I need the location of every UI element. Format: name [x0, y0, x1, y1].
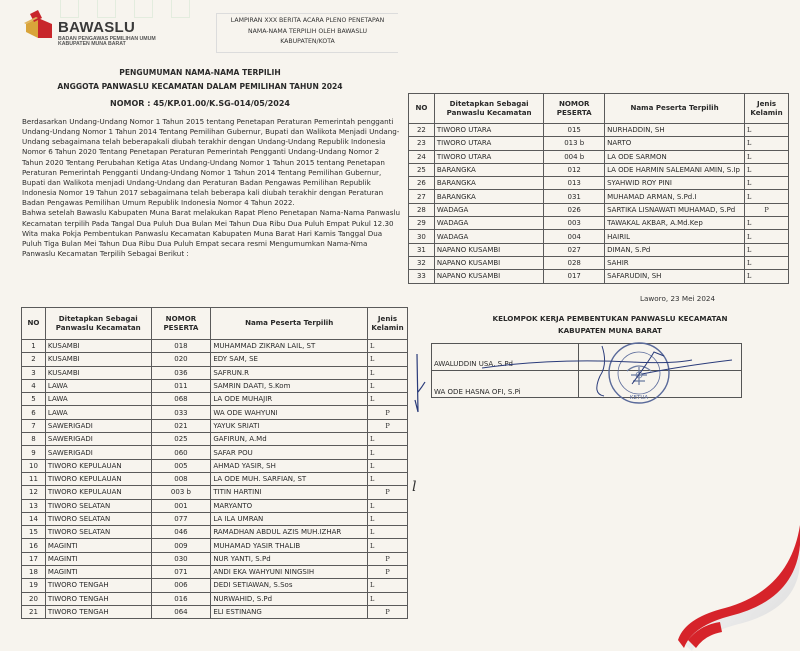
participant-number-cell: 003: [544, 217, 605, 230]
table-row: 13TIWORO SELATAN001MARYANTOL: [22, 499, 408, 512]
participant-number-cell: 036: [151, 366, 211, 379]
signatory-row-1: AWALUDDIN USA, S.Pd: [432, 344, 579, 371]
row-number: 26: [409, 177, 435, 190]
row-number: 17: [22, 552, 46, 565]
kecamatan-cell: TIWORO TENGAH: [45, 592, 151, 605]
participant-name-cell: DIMAN, S.Pd: [605, 243, 745, 256]
kecamatan-cell: KUSAMBI: [45, 340, 151, 353]
participant-name-cell: MARYANTO: [211, 499, 368, 512]
participant-number-cell: 031: [544, 190, 605, 203]
kecamatan-cell: TIWORO UTARA: [434, 150, 543, 163]
participant-number-cell: 017: [544, 270, 605, 283]
table-row: 8SAWERIGADI025GAFIRUN, A.MdL: [22, 433, 408, 446]
participant-name-cell: SYAHWID ROY PINI: [605, 177, 745, 190]
header-nomor: NOMOR PESERTA: [151, 308, 211, 340]
gender-cell: L: [368, 579, 408, 592]
participant-number-cell: 001: [151, 499, 211, 512]
participant-name-cell: NARTO: [605, 137, 745, 150]
participant-number-cell: 015: [544, 124, 605, 137]
table-row: 24TIWORO UTARA004 bLA ODE SARMONL: [409, 150, 789, 163]
gender-cell: L: [745, 177, 789, 190]
document-number: NOMOR : 45/KP.01.00/K.SG-014/05/2024: [0, 99, 400, 108]
organization-line-2: KABUPATEN MUNA BARAT: [440, 325, 780, 337]
table-row: 12TIWORO KEPULAUAN003 bTITIN HARTINIP: [22, 486, 408, 499]
gender-cell: L: [745, 217, 789, 230]
table-row: 9SAWERIGADI060 SAFAR POUL: [22, 446, 408, 459]
gender-cell: L: [368, 459, 408, 472]
table-row: 16MAGINTI009MUHAMAD YASIR THALIBL: [22, 539, 408, 552]
participant-name-cell: WA ODE WAHYUNI: [211, 406, 368, 419]
gender-cell: L: [368, 539, 408, 552]
row-number: 5: [22, 393, 46, 406]
kecamatan-cell: WADAGA: [434, 203, 543, 216]
svg-text:KETUA: KETUA: [630, 395, 648, 401]
row-number: 29: [409, 217, 435, 230]
handwritten-signature-mark: [413, 352, 427, 422]
signatory-name-2: WA ODE HASNA OFI, S.Pi: [434, 388, 521, 396]
table-row: 2KUSAMBI020EDY SAM, SEL: [22, 353, 408, 366]
kecamatan-cell: NAPANO KUSAMBI: [434, 243, 543, 256]
kecamatan-cell: NAPANO KUSAMBI: [434, 270, 543, 283]
participant-number-cell: 033: [151, 406, 211, 419]
gender-cell: P: [368, 486, 408, 499]
participant-number-cell: 013 b: [544, 137, 605, 150]
row-number: 24: [409, 150, 435, 163]
row-number: 2: [22, 353, 46, 366]
kecamatan-cell: BARANGKA: [434, 163, 543, 176]
participant-name-cell: HAIRIL: [605, 230, 745, 243]
gender-cell: L: [368, 472, 408, 485]
kecamatan-cell: TIWORO TENGAH: [45, 579, 151, 592]
table-row: 6LAWA033WA ODE WAHYUNIP: [22, 406, 408, 419]
participant-name-cell: DEDI SETIAWAN, S.Sos: [211, 579, 368, 592]
participant-name-cell: LA ODE SARMON: [605, 150, 745, 163]
participant-name-cell: MUHAMMAD ZIKRAN LAIL, ST: [211, 340, 368, 353]
gender-cell: L: [368, 446, 408, 459]
kecamatan-cell: NAPANO KUSAMBI: [434, 256, 543, 269]
header-nomor: NOMOR PESERTA: [544, 94, 605, 124]
participant-name-cell: NURWAHID, S.Pd: [211, 592, 368, 605]
row-number: 7: [22, 419, 46, 432]
participant-name-cell: MUHAMAD YASIR THALIB: [211, 539, 368, 552]
table-row: 18MAGINTI071ANDI EKA WAHYUNI NINGSIHP: [22, 566, 408, 579]
row-number: 32: [409, 256, 435, 269]
gender-cell: L: [368, 433, 408, 446]
row-number: 13: [22, 499, 46, 512]
handwritten-initial: l: [412, 479, 416, 495]
participant-name-cell: MUHAMAD ARMAN, S.Pd.I: [605, 190, 745, 203]
kecamatan-cell: BARANGKA: [434, 177, 543, 190]
participant-name-cell: SAFAR POU: [211, 446, 368, 459]
table-row: 10TIWORO KEPULAUAN005AHMAD YASIR, SHL: [22, 459, 408, 472]
announcement-body: Berdasarkan Undang-Undang Nomor 1 Tahun …: [22, 117, 400, 259]
participant-name-cell: ELI ESTINANG: [211, 605, 368, 618]
gender-cell: L: [745, 124, 789, 137]
row-number: 6: [22, 406, 46, 419]
kecamatan-cell: SAWERIGADI: [45, 433, 151, 446]
kecamatan-cell: TIWORO TENGAH: [45, 605, 151, 618]
kecamatan-cell: LAWA: [45, 379, 151, 392]
row-number: 28: [409, 203, 435, 216]
participant-number-cell: 006: [151, 579, 211, 592]
participant-number-cell: 004: [544, 230, 605, 243]
participant-number-cell: 009: [151, 539, 211, 552]
place-date: Laworo, 23 Mei 2024: [640, 294, 715, 303]
organization-name: KELOMPOK KERJA PEMBENTUKAN PANWASLU KECA…: [440, 313, 780, 337]
gender-cell: L: [368, 512, 408, 525]
table-row: 1KUSAMBI018MUHAMMAD ZIKRAN LAIL, STL: [22, 340, 408, 353]
participant-number-cell: 003 b: [151, 486, 211, 499]
gender-cell: L: [368, 526, 408, 539]
participant-name-cell: SAHIR: [605, 256, 745, 269]
row-number: 16: [22, 539, 46, 552]
gender-cell: L: [368, 366, 408, 379]
gender-cell: L: [368, 592, 408, 605]
table-row: 33NAPANO KUSAMBI017SAFARUDIN, SHL: [409, 270, 789, 283]
table-row: 20TIWORO TENGAH016NURWAHID, S.PdL: [22, 592, 408, 605]
participant-number-cell: 068: [151, 393, 211, 406]
row-number: 22: [409, 124, 435, 137]
participant-name-cell: EDY SAM, SE: [211, 353, 368, 366]
paragraph-legal-basis: Berdasarkan Undang-Undang Nomor 1 Tahun …: [22, 117, 400, 208]
participant-number-cell: 026: [544, 203, 605, 216]
table-row: 25BARANGKA012LA ODE HARMIN SALEMANI AMIN…: [409, 163, 789, 176]
gender-cell: P: [745, 203, 789, 216]
gender-cell: L: [745, 150, 789, 163]
logo-brand: BAWASLU: [58, 19, 135, 36]
row-number: 21: [22, 605, 46, 618]
participant-name-cell: GAFIRUN, A.Md: [211, 433, 368, 446]
row-number: 27: [409, 190, 435, 203]
kecamatan-cell: BARANGKA: [434, 190, 543, 203]
announcement-subtitle: ANGGOTA PANWASLU KECAMATAN DALAM PEMILIH…: [0, 82, 400, 91]
gender-cell: L: [368, 353, 408, 366]
gender-cell: L: [745, 230, 789, 243]
header-no: NO: [409, 94, 435, 124]
participant-number-cell: 025: [151, 433, 211, 446]
table-row: 5LAWA068LA ODE MUHAJIRL: [22, 393, 408, 406]
header-jenis-kelamin: Jenis Kelamin: [368, 308, 408, 340]
participant-name-cell: LA ODE HARMIN SALEMANI AMIN, S.Ip: [605, 163, 745, 176]
table-row: 15TIWORO SELATAN046RAMADHAN ABDUL AZIS M…: [22, 526, 408, 539]
official-stamp-icon: KETUA: [607, 341, 671, 405]
gender-cell: L: [745, 137, 789, 150]
elected-table-part-2: NO Ditetapkan Sebagai Panwaslu Kecamatan…: [408, 93, 789, 284]
lampiran-line-2: NAMA-NAMA TERPILIH OLEH BAWASLU: [217, 27, 398, 38]
participant-number-cell: 012: [544, 163, 605, 176]
gender-cell: P: [368, 419, 408, 432]
table-row: 3KUSAMBI036SAFRUN.RL: [22, 366, 408, 379]
kecamatan-cell: KUSAMBI: [45, 366, 151, 379]
participant-name-cell: NUR YANTI, S.Pd: [211, 552, 368, 565]
row-number: 12: [22, 486, 46, 499]
kecamatan-cell: SAWERIGADI: [45, 446, 151, 459]
participant-name-cell: ANDI EKA WAHYUNI NINGSIH: [211, 566, 368, 579]
table-row: 7SAWERIGADI021YAYUK SRIATIP: [22, 419, 408, 432]
kecamatan-cell: TIWORO KEPULAUAN: [45, 459, 151, 472]
table-row: 30WADAGA004HAIRILL: [409, 230, 789, 243]
row-number: 31: [409, 243, 435, 256]
gender-cell: L: [368, 379, 408, 392]
participant-name-cell: RAMADHAN ABDUL AZIS MUH.IZHAR: [211, 526, 368, 539]
row-number: 14: [22, 512, 46, 525]
table-row: 31NAPANO KUSAMBI027DIMAN, S.PdL: [409, 243, 789, 256]
kecamatan-cell: TIWORO SELATAN: [45, 526, 151, 539]
kecamatan-cell: WADAGA: [434, 230, 543, 243]
row-number: 19: [22, 579, 46, 592]
kecamatan-cell: TIWORO KEPULAUAN: [45, 486, 151, 499]
participant-number-cell: 005: [151, 459, 211, 472]
participant-number-cell: 030: [151, 552, 211, 565]
participant-number-cell: 011: [151, 379, 211, 392]
participant-number-cell: 013: [544, 177, 605, 190]
participant-number-cell: 028: [544, 256, 605, 269]
header-jenis-kelamin: Jenis Kelamin: [745, 94, 789, 124]
header-no: NO: [22, 308, 46, 340]
row-number: 15: [22, 526, 46, 539]
table-row: 32NAPANO KUSAMBI028SAHIRL: [409, 256, 789, 269]
table-row: 19TIWORO TENGAH006DEDI SETIAWAN, S.SosL: [22, 579, 408, 592]
gender-cell: L: [745, 190, 789, 203]
kecamatan-cell: KUSAMBI: [45, 353, 151, 366]
participant-number-cell: 064: [151, 605, 211, 618]
participant-name-cell: YAYUK SRIATI: [211, 419, 368, 432]
kecamatan-cell: LAWA: [45, 406, 151, 419]
organization-line-1: KELOMPOK KERJA PEMBENTUKAN PANWASLU KECA…: [440, 313, 780, 325]
kecamatan-cell: MAGINTI: [45, 539, 151, 552]
kecamatan-cell: TIWORO UTARA: [434, 137, 543, 150]
logo-subtitle-2: KABUPATEN MUNA BARAT: [58, 41, 126, 47]
table-row: 29WADAGA003TAWAKAL AKBAR, A.Md.KepL: [409, 217, 789, 230]
row-number: 18: [22, 566, 46, 579]
participant-name-cell: TITIN HARTINI: [211, 486, 368, 499]
row-number: 1: [22, 340, 46, 353]
table-row: 17MAGINTI030NUR YANTI, S.PdP: [22, 552, 408, 565]
gender-cell: P: [368, 566, 408, 579]
gender-cell: L: [745, 163, 789, 176]
row-number: 23: [409, 137, 435, 150]
participant-number-cell: 004 b: [544, 150, 605, 163]
header-nama: Nama Peserta Terpilih: [211, 308, 368, 340]
signatory-row-2: WA ODE HASNA OFI, S.Pi: [432, 371, 579, 398]
participant-name-cell: LA ODE MUHAJIR: [211, 393, 368, 406]
gender-cell: L: [368, 340, 408, 353]
header-nama: Nama Peserta Terpilih: [605, 94, 745, 124]
kecamatan-cell: TIWORO SELATAN: [45, 499, 151, 512]
kecamatan-cell: MAGINTI: [45, 552, 151, 565]
participant-number-cell: 008: [151, 472, 211, 485]
participant-number-cell: 020: [151, 353, 211, 366]
lampiran-box: LAMPIRAN XXX BERITA ACARA PLENO PENETAPA…: [216, 13, 398, 53]
gender-cell: P: [368, 406, 408, 419]
participant-name-cell: TAWAKAL AKBAR, A.Md.Kep: [605, 217, 745, 230]
table-row: 22TIWORO UTARA015NURHADDIN, SHL: [409, 124, 789, 137]
gender-cell: P: [368, 552, 408, 565]
participant-name-cell: SAMRIN DAATI, S.Kom: [211, 379, 368, 392]
kecamatan-cell: LAWA: [45, 393, 151, 406]
row-number: 3: [22, 366, 46, 379]
participant-name-cell: SARTIKA LISNAWATI MUHAMAD, S.Pd: [605, 203, 745, 216]
table-row: 4LAWA011SAMRIN DAATI, S.KomL: [22, 379, 408, 392]
lampiran-line-1: LAMPIRAN XXX BERITA ACARA PLENO PENETAPA…: [217, 16, 398, 27]
row-number: 9: [22, 446, 46, 459]
table-row: 27BARANGKA031MUHAMAD ARMAN, S.Pd.IL: [409, 190, 789, 203]
signature-block: AWALUDDIN USA, S.Pd WA ODE HASNA OFI, S.…: [431, 343, 742, 398]
gender-cell: L: [745, 243, 789, 256]
ballot-box-icon: [22, 10, 58, 44]
row-number: 8: [22, 433, 46, 446]
indonesian-flag-ribbon: [640, 490, 800, 651]
paragraph-decision: Bahwa setelah Bawaslu Kabupaten Muna Bar…: [22, 208, 400, 259]
kecamatan-cell: TIWORO SELATAN: [45, 512, 151, 525]
participant-number-cell: 027: [544, 243, 605, 256]
announcement-title: PENGUMUMAN NAMA-NAMA TERPILIH: [0, 68, 400, 77]
elected-table-part-1: NO Ditetapkan Sebagai Panwaslu Kecamatan…: [21, 307, 408, 619]
gender-cell: L: [745, 256, 789, 269]
participant-number-cell: 021: [151, 419, 211, 432]
row-number: 20: [22, 592, 46, 605]
header-kecamatan: Ditetapkan Sebagai Panwaslu Kecamatan: [45, 308, 151, 340]
participant-name-cell: NURHADDIN, SH: [605, 124, 745, 137]
participant-number-cell: 071: [151, 566, 211, 579]
table-row: 23TIWORO UTARA013 bNARTOL: [409, 137, 789, 150]
signatory-name-1: AWALUDDIN USA, S.Pd: [434, 360, 513, 368]
participant-number-cell: 018: [151, 340, 211, 353]
gender-cell: L: [745, 270, 789, 283]
participant-number-cell: 046: [151, 526, 211, 539]
kecamatan-cell: SAWERIGADI: [45, 419, 151, 432]
participant-name-cell: AHMAD YASIR, SH: [211, 459, 368, 472]
kecamatan-cell: WADAGA: [434, 217, 543, 230]
header-kecamatan: Ditetapkan Sebagai Panwaslu Kecamatan: [434, 94, 543, 124]
gender-cell: L: [368, 393, 408, 406]
gender-cell: P: [368, 605, 408, 618]
participant-number-cell: 016: [151, 592, 211, 605]
participant-name-cell: LA ILA UMRAN: [211, 512, 368, 525]
bawaslu-logo: BAWASLU BADAN PENGAWAS PEMILIHAN UMUM KA…: [22, 10, 152, 46]
row-number: 33: [409, 270, 435, 283]
kecamatan-cell: MAGINTI: [45, 566, 151, 579]
gender-cell: L: [368, 499, 408, 512]
kecamatan-cell: TIWORO KEPULAUAN: [45, 472, 151, 485]
participant-name-cell: SAFARUDIN, SH: [605, 270, 745, 283]
kecamatan-cell: TIWORO UTARA: [434, 124, 543, 137]
row-number: 30: [409, 230, 435, 243]
table-row: 11TIWORO KEPULAUAN008LA ODE MUH. SARFIAN…: [22, 472, 408, 485]
table-row: 21TIWORO TENGAH064ELI ESTINANGP: [22, 605, 408, 618]
table-row: 14TIWORO SELATAN077LA ILA UMRANL: [22, 512, 408, 525]
row-number: 10: [22, 459, 46, 472]
row-number: 4: [22, 379, 46, 392]
row-number: 25: [409, 163, 435, 176]
participant-name-cell: SAFRUN.R: [211, 366, 368, 379]
participant-number-cell: 060: [151, 446, 211, 459]
row-number: 11: [22, 472, 46, 485]
lampiran-line-3: KABUPATEN/KOTA: [217, 37, 398, 48]
table-row: 26BARANGKA013SYAHWID ROY PINIL: [409, 177, 789, 190]
participant-name-cell: LA ODE MUH. SARFIAN, ST: [211, 472, 368, 485]
participant-number-cell: 077: [151, 512, 211, 525]
table-row: 28WADAGA026SARTIKA LISNAWATI MUHAMAD, S.…: [409, 203, 789, 216]
